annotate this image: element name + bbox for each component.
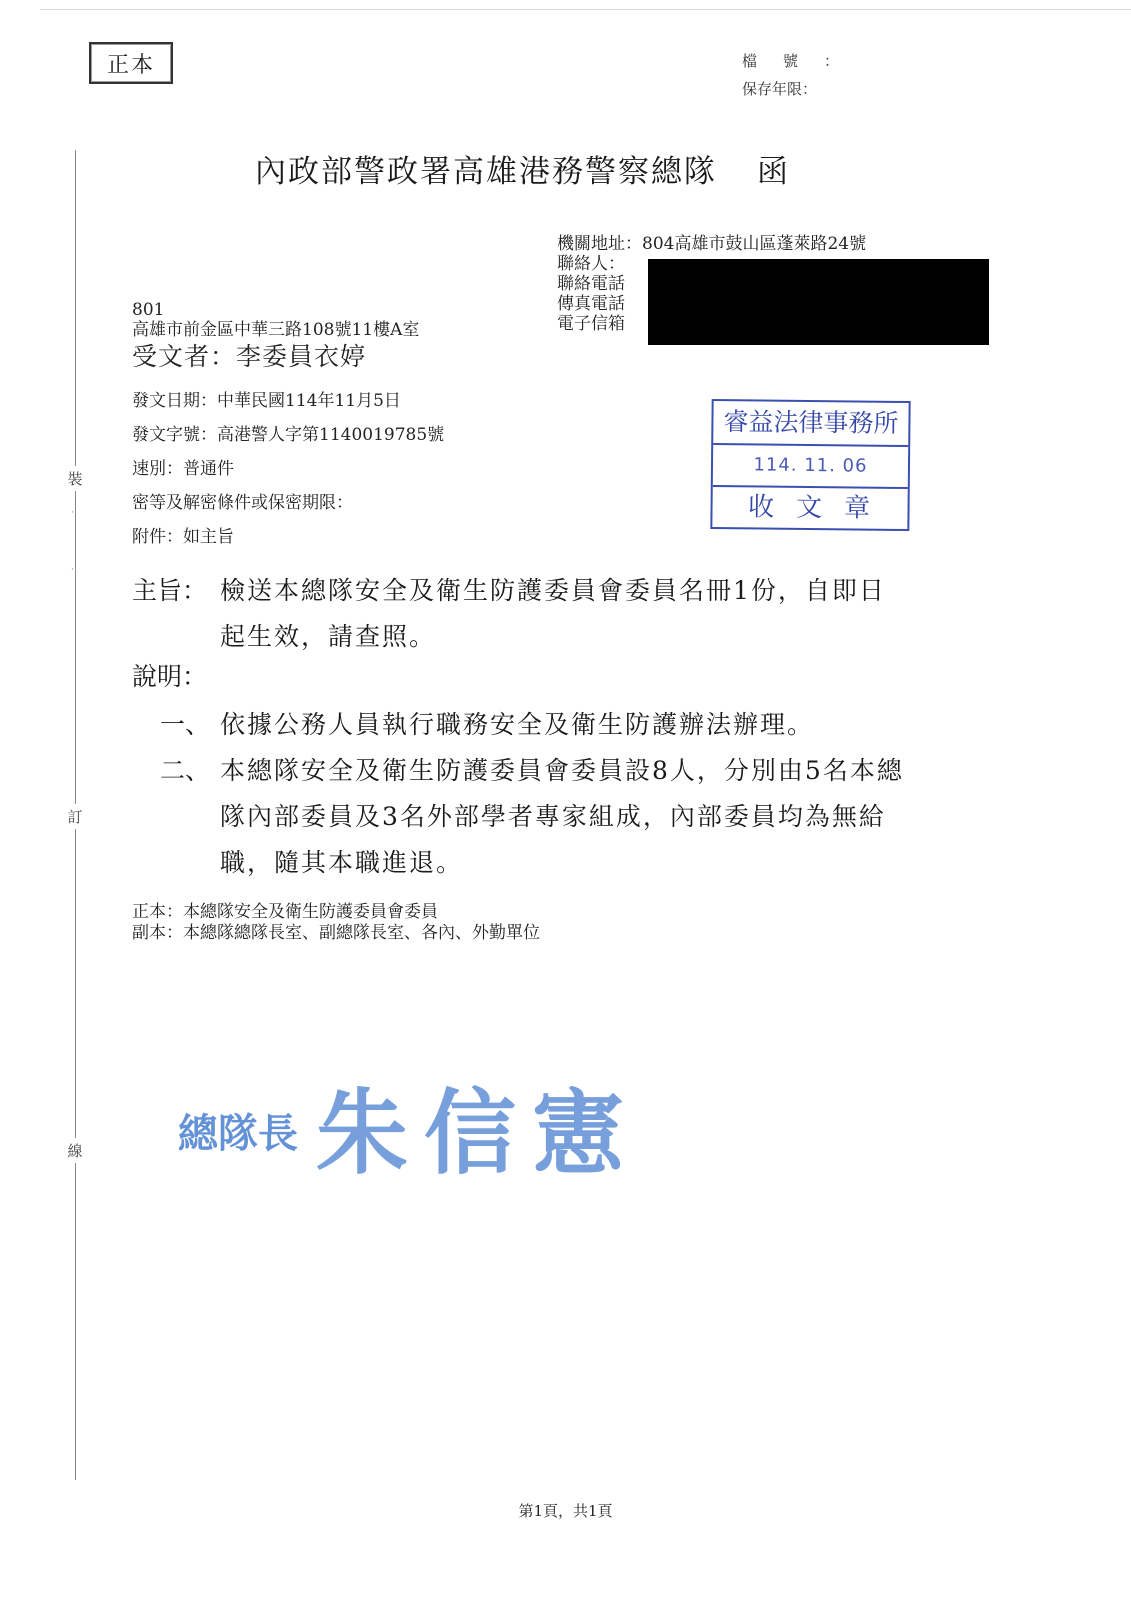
subject-text-line1: 檢送本總隊安全及衛生防護委員會委員名冊1份，自即日 xyxy=(220,568,886,614)
file-info: 檔號： 保存年限： xyxy=(742,47,839,103)
colon: ： xyxy=(824,47,839,75)
attachment: 附件：如主旨 xyxy=(132,520,444,554)
binding-mark-ding: 訂 xyxy=(64,804,86,829)
recipient-address: 高雄市前金區中華三路108號11樓A室 xyxy=(132,320,419,340)
retention-label: 保存年限 xyxy=(742,75,802,103)
signature-name: 朱信憲 xyxy=(316,1079,640,1187)
binding-mark-zhuang: 裝 xyxy=(64,466,86,491)
agency-address: 機關地址：804高雄市鼓山區蓬萊路24號 xyxy=(557,234,866,254)
file-number-row: 檔號： xyxy=(742,47,839,75)
item-text: 本總隊安全及衛生防護委員會委員設8人，分別由5名本總 隊內部委員及3名外部學者專… xyxy=(220,748,980,886)
receipt-stamp: 睿益法律事務所 114. 11. 06 收文章 xyxy=(710,399,910,531)
agency-name: 內政部警政署高雄港務警察總隊 xyxy=(255,154,717,190)
page-top-rule xyxy=(40,9,1131,10)
issue-date: 發文日期：中華民國114年11月5日 xyxy=(132,384,444,418)
subject-label: 主旨： xyxy=(132,568,220,614)
subject-section: 主旨： 檢送本總隊安全及衛生防護委員會委員名冊1份，自即日 起生效，請查照。 xyxy=(132,568,992,660)
copy-recipients: 副本：本總隊總隊長室、副總隊長室、各內、外勤單位 xyxy=(132,923,540,944)
distribution-list: 正本：本總隊安全及衛生防護委員會委員 副本：本總隊總隊長室、副總隊長室、各內、外… xyxy=(132,902,540,944)
subject-text-line2: 起生效，請查照。 xyxy=(132,614,992,660)
binding-dot: · xyxy=(71,508,74,518)
signature-stamp: 總隊長朱信憲 xyxy=(178,1060,640,1192)
document-meta: 發文日期：中華民國114年11月5日 發文字號：高港警人字第1140019785… xyxy=(132,384,444,554)
explanation-item: 二、 本總隊安全及衛生防護委員會委員設8人，分別由5名本總 隊內部委員及3名外部… xyxy=(160,748,1020,886)
explanation-label: 說明： xyxy=(132,660,207,694)
explanation-list: 一、 依據公務人員執行職務安全及衛生防護辦法辦理。 二、 本總隊安全及衛生防護委… xyxy=(160,702,1020,886)
document-kind: 函 xyxy=(757,154,790,190)
classification: 密等及解密條件或保密期限： xyxy=(132,486,444,520)
original-recipients: 正本：本總隊安全及衛生防護委員會委員 xyxy=(132,902,540,923)
stamp-firm-name: 睿益法律事務所 xyxy=(713,401,908,447)
stamp-label: 收文章 xyxy=(712,487,907,529)
signature-title: 總隊長 xyxy=(178,1110,298,1157)
retention-row: 保存年限： xyxy=(742,75,839,103)
copy-type-box: 正本 xyxy=(89,42,173,84)
document-title: 內政部警政署高雄港務警察總隊函 xyxy=(255,146,790,191)
addressee: 受文者：李委員衣婷 xyxy=(132,342,419,372)
copy-type-label: 正本 xyxy=(107,48,155,79)
binding-mark-xian: 線 xyxy=(64,1138,86,1163)
redaction-block xyxy=(648,259,989,345)
binding-dot: · xyxy=(71,565,74,575)
file-number-label: 檔號 xyxy=(742,47,824,75)
item-number: 一、 xyxy=(160,702,220,748)
item-number: 二、 xyxy=(160,748,220,886)
stamp-date: 114. 11. 06 xyxy=(713,445,908,489)
recipient-block: 801 高雄市前金區中華三路108號11樓A室 受文者：李委員衣婷 xyxy=(132,300,419,372)
colon: ： xyxy=(802,75,817,103)
reference-number: 發文字號：高港警人字第1140019785號 xyxy=(132,418,444,452)
page-number: 第1頁，共1頁 xyxy=(0,1500,1131,1521)
explanation-item: 一、 依據公務人員執行職務安全及衛生防護辦法辦理。 xyxy=(160,702,1020,748)
recipient-zip: 801 xyxy=(132,300,419,320)
delivery-speed: 速別：普通件 xyxy=(132,452,444,486)
item-text: 依據公務人員執行職務安全及衛生防護辦法辦理。 xyxy=(220,702,980,748)
